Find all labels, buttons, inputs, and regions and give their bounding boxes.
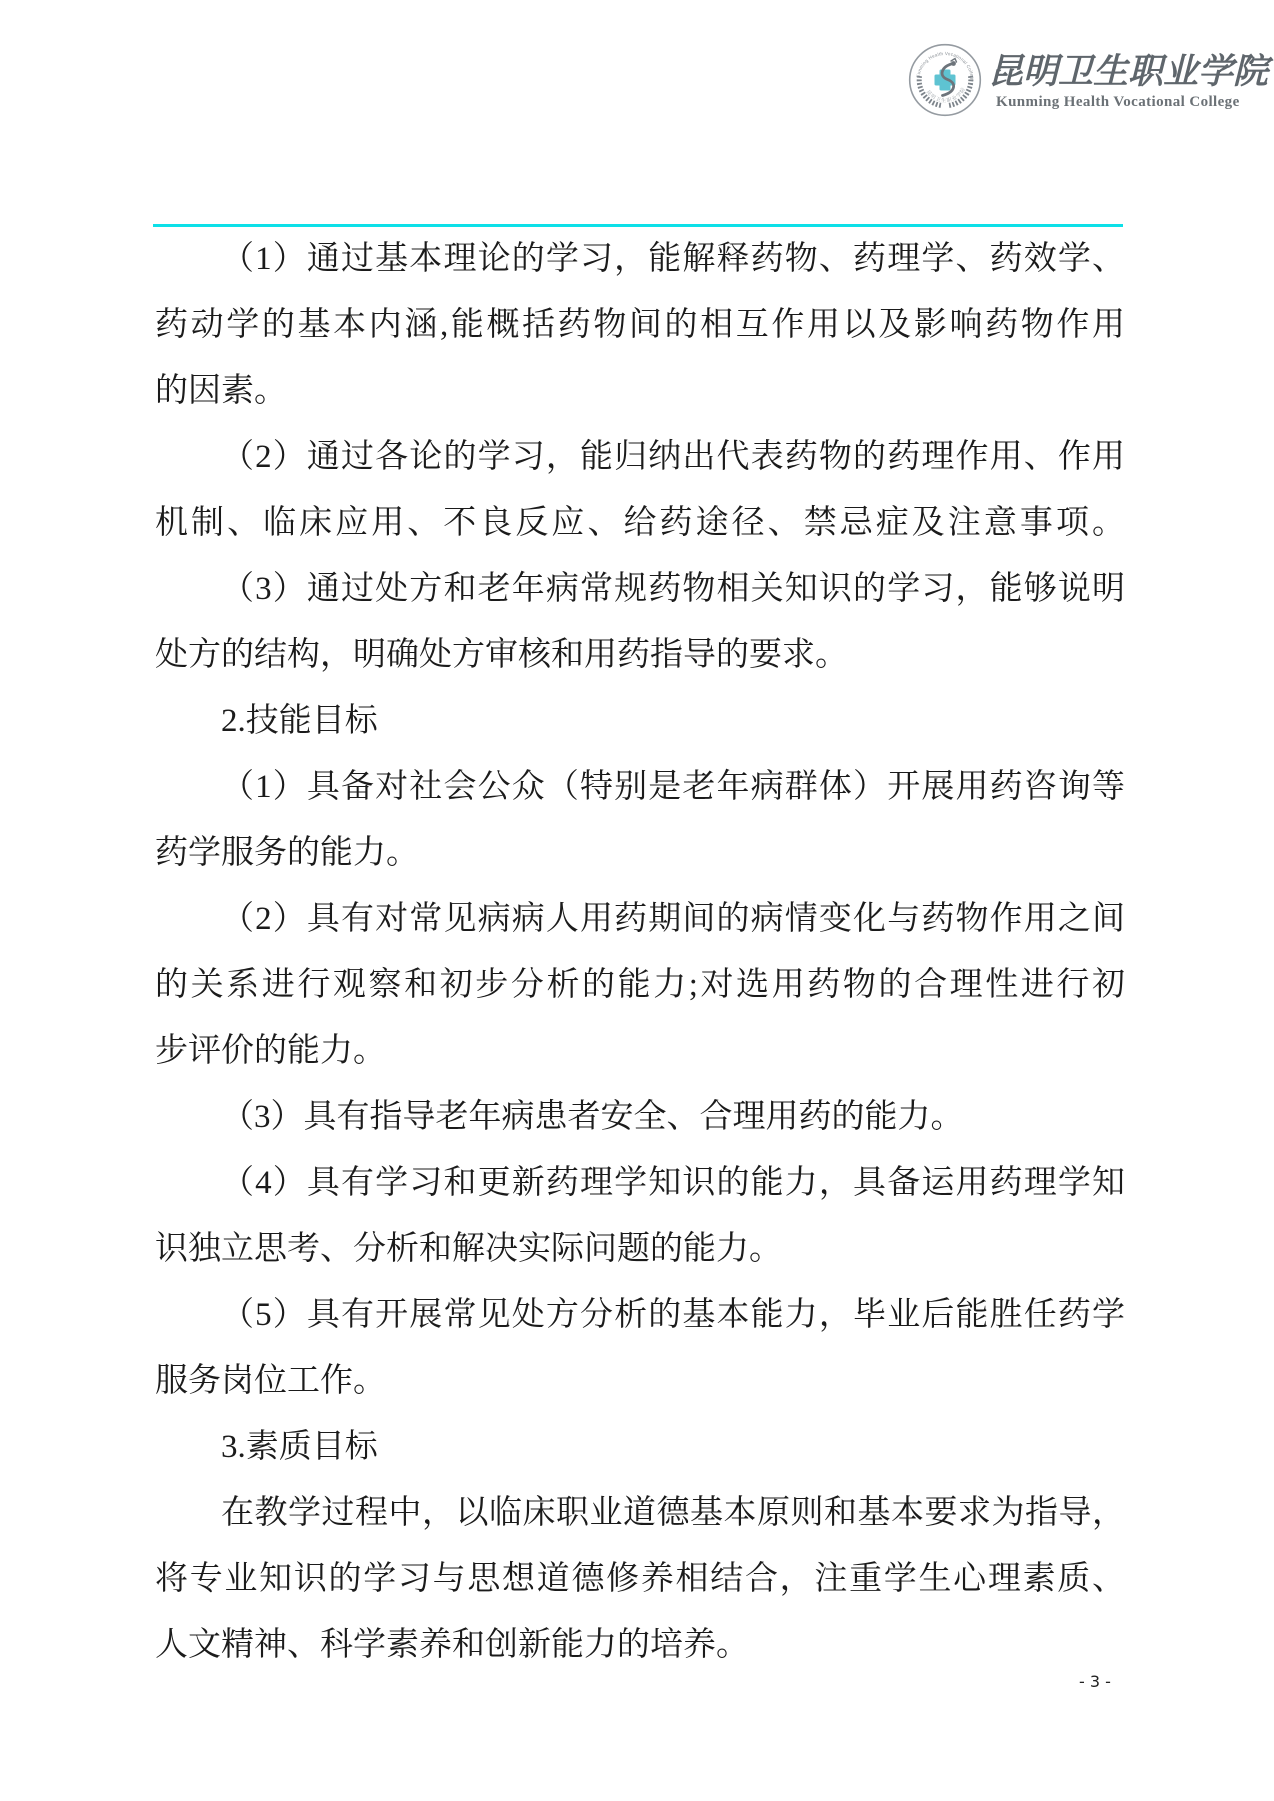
text-line: 药动学的基本内涵,能概括药物间的相互作用以及影响药物作用 — [155, 292, 1125, 358]
text-line: 药学服务的能力。 — [155, 820, 1125, 886]
text-line: （4）具有学习和更新药理学知识的能力，具备运用药理学知 — [155, 1150, 1125, 1216]
text-line: 的因素。 — [155, 358, 1125, 424]
document-page: { "header": { "logo": { "seal_top_text":… — [0, 0, 1274, 1801]
text-line: 步评价的能力。 — [155, 1018, 1125, 1084]
text-line: 在教学过程中，以临床职业道德基本原则和基本要求为指导， — [155, 1480, 1125, 1546]
text-line: 人文精神、科学素养和创新能力的培养。 — [155, 1612, 1125, 1678]
text-line: （5）具有开展常见处方分析的基本能力，毕业后能胜任药学 — [155, 1282, 1125, 1348]
heading-quality-goals: 3.素质目标 — [155, 1414, 1125, 1480]
text-line: （1）通过基本理论的学习，能解释药物、药理学、药效学、 — [155, 226, 1125, 292]
text-line: 识独立思考、分析和解决实际问题的能力。 — [155, 1216, 1125, 1282]
text-line: 处方的结构，明确处方审核和用药指导的要求。 — [155, 622, 1125, 688]
text-line: （2）通过各论的学习，能归纳出代表药物的药理作用、作用 — [155, 424, 1125, 490]
document-body: （1）通过基本理论的学习，能解释药物、药理学、药效学、 药动学的基本内涵,能概括… — [155, 226, 1125, 1678]
text-line: 将专业知识的学习与思想道德修养相结合，注重学生心理素质、 — [155, 1546, 1125, 1612]
text-line: （3）具有指导老年病患者安全、合理用药的能力。 — [155, 1084, 1125, 1150]
heading-skill-goals: 2.技能目标 — [155, 688, 1125, 754]
text-line: （2）具有对常见病病人用药期间的病情变化与药物作用之间 — [155, 886, 1125, 952]
page-number: - 3 - — [1050, 1670, 1140, 1694]
college-name-en: Kunming Health Vocational College — [996, 92, 1268, 112]
text-line: 机制、临床应用、不良反应、给药途径、禁忌症及注意事项。 — [155, 490, 1125, 556]
college-seal-icon: Kunming Health Vocational College 昆明卫生职业… — [908, 43, 982, 117]
college-name-cn: 昆明卫生职业学院 — [988, 48, 1274, 96]
text-line: （3）通过处方和老年病常规药物相关知识的学习，能够说明 — [155, 556, 1125, 622]
text-line: （1）具备对社会公众（特别是老年病群体）开展用药咨询等 — [155, 754, 1125, 820]
text-line: 服务岗位工作。 — [155, 1348, 1125, 1414]
text-line: 的关系进行观察和初步分析的能力;对选用药物的合理性进行初 — [155, 952, 1125, 1018]
